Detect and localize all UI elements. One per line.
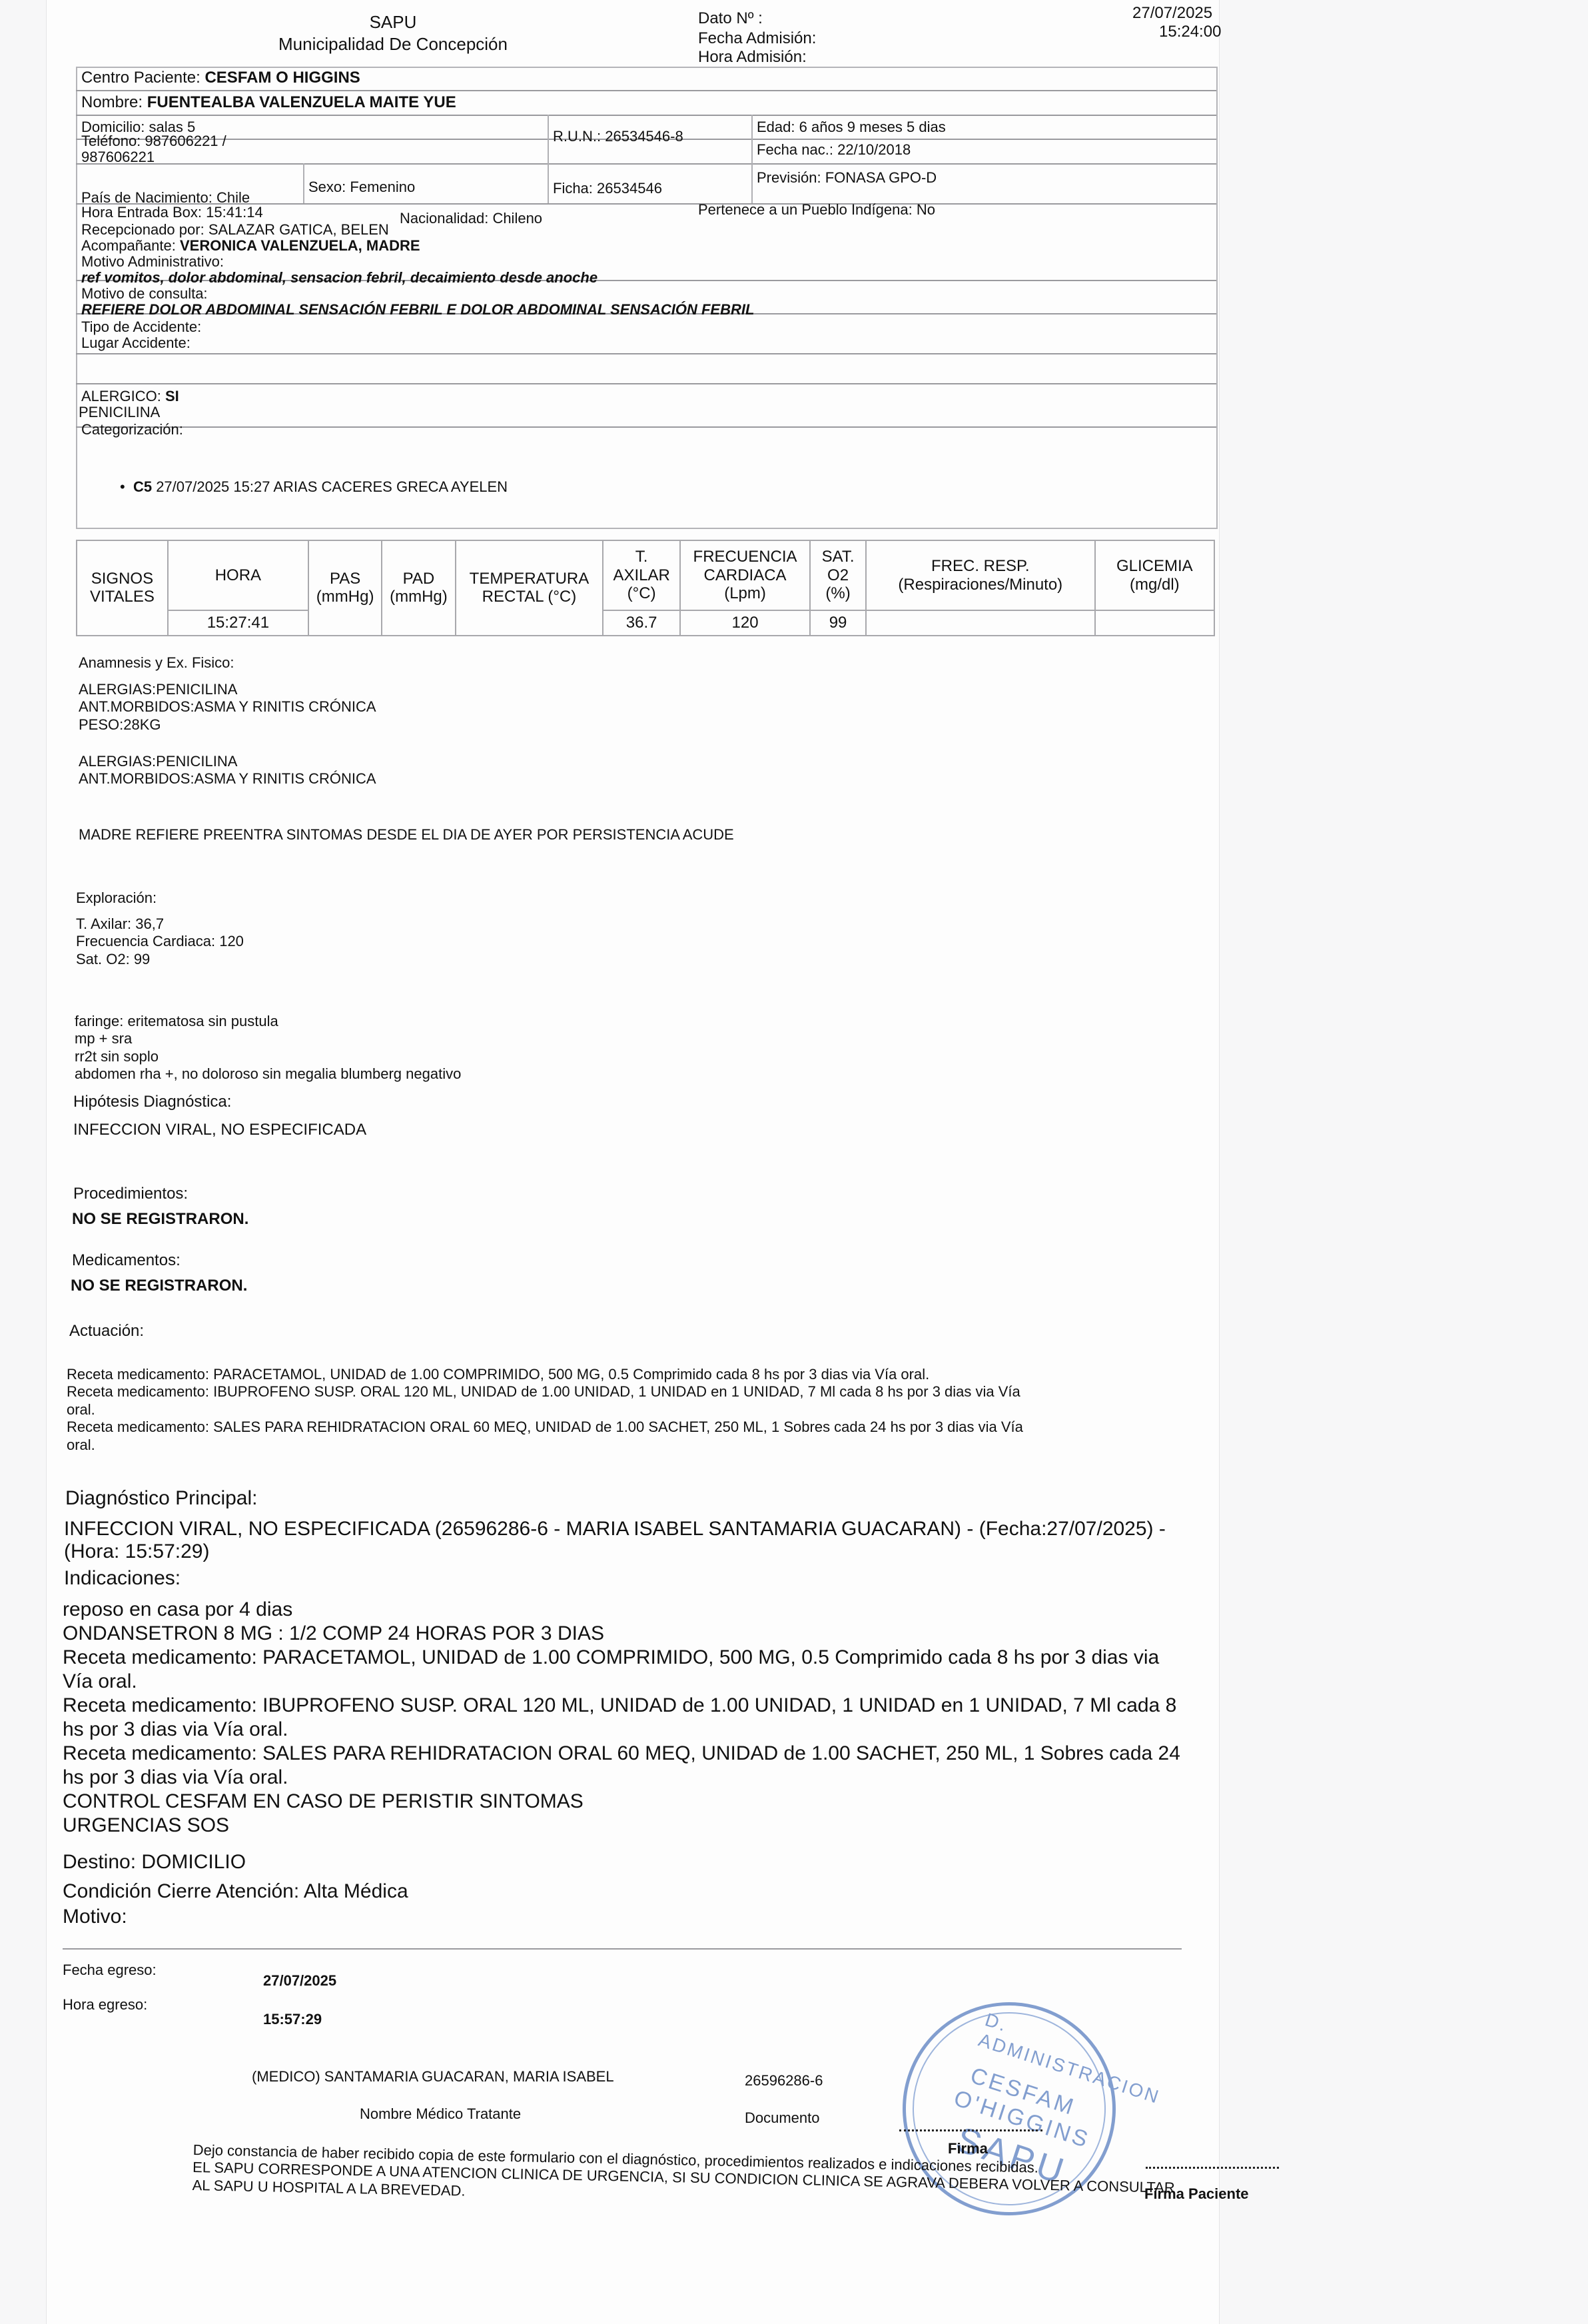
pueblo-value: No [917,201,935,218]
hora-admision-label: Hora Admisión: [698,48,807,67]
vitals-glicemia [1095,610,1214,636]
categorizacion-label: Categorización: [81,421,183,438]
vitals-header-cell: TEMPERATURA RECTAL (°C) [456,540,603,636]
centro-value: CESFAM O HIGGINS [204,69,360,87]
destino-value: DOMICILIO [141,1851,246,1873]
patient-name: Nombre: FUENTEALBA VALENZUELA MAITE YUE [81,93,456,112]
motivo-administrativo-value: ref vomitos, dolor abdominal, sensacion … [81,269,597,287]
patient-name-value: FUENTEALBA VALENZUELA MAITE YUE [147,93,456,111]
vitals-header-cell: PAD (mmHg) [382,540,455,636]
vitals-header-cell: SIGNOS VITALES [77,540,168,636]
acompanante-value: VERONICA VALENZUELA, MADRE [180,237,420,254]
categorizacion-item: • C5 27/07/2025 15:27 ARIAS CACERES GREC… [120,478,508,496]
prevision-value: FONASA GPO-D [825,169,937,186]
hipotesis-label: Hipótesis Diagnóstica: [73,1093,231,1111]
recepcionado-por: Recepcionado por: SALAZAR GATICA, BELEN [81,221,389,239]
run-value: 26534546-8 [605,128,683,145]
alergia-detalle: PENICILINA [79,404,160,421]
categorizacion-code: C5 [133,478,152,495]
tipo-accidente-label: Tipo de Accidente: [81,318,201,336]
vitals-header-cell: PAS (mmHg) [308,540,382,636]
fecha-nacimiento-value: 22/10/2018 [837,141,911,158]
anamnesis-label: Anamnesis y Ex. Fisico: [79,654,234,672]
exploracion-label: Exploración: [76,889,157,907]
condicion-cierre-value: Alta Médica [304,1880,408,1902]
motivo-consulta-label: Motivo de consulta: [81,285,208,302]
procedimientos-value: NO SE REGISTRARON. [72,1210,248,1229]
hora-egreso-value: 15:57:29 [263,2011,322,2028]
ficha-value: 26534546 [597,180,662,197]
ficha: Ficha: 26534546 [553,180,662,197]
vitals-header-row: SIGNOS VITALES HORA PAS (mmHg) PAD (mmHg… [77,540,1214,610]
destino: Destino: DOMICILIO [63,1851,246,1874]
sexo-value: Femenino [350,179,415,195]
nacionalidad: Nacionalidad: Chileno [400,210,542,227]
dato-label: Dato Nº : [698,9,763,28]
vitals-hora: 15:27:41 [168,610,308,636]
vitals-frecuencia-cardiaca: 120 [680,610,810,636]
org-municipality: Municipalidad De Concepción [266,34,520,55]
run: R.U.N.: 26534546-8 [553,128,683,145]
firma-medico-line [899,2129,1042,2131]
bullet-icon: • [120,478,133,495]
vitals-header-cell: FRECUENCIA CARDIACA (Lpm) [680,540,810,610]
actuacion-label: Actuación: [69,1322,144,1341]
anamnesis-block-1: ALERGIAS:PENICILINA ANT.MORBIDOS:ASMA Y … [79,681,376,734]
procedimientos-label: Procedimientos: [73,1185,188,1203]
medicamentos-label: Medicamentos: [72,1251,181,1270]
vitals-header-cell: HORA [168,540,308,610]
fecha-nacimiento: Fecha nac.: 22/10/2018 [757,141,911,159]
medico-nombre: (MEDICO) SANTAMARIA GUACARAN, MARIA ISAB… [252,2068,614,2085]
motivo-consulta-value: REFIERE DOLOR ABDOMINAL SENSACIÓN FEBRIL… [81,301,754,318]
alergico: ALERGICO: SI [81,388,179,405]
org-name: SAPU [266,12,520,33]
condicion-cierre: Condición Cierre Atención: Alta Médica [63,1880,408,1903]
diagnostico-label: Diagnóstico Principal: [65,1487,257,1510]
prevision: Previsión: FONASA GPO-D [757,169,937,187]
fecha-egreso-value: 27/07/2025 [263,1972,336,1990]
motivo-administrativo-label: Motivo Administrativo: [81,253,224,271]
edad: Edad: 6 años 9 meses 5 dias [757,119,946,136]
alergico-value: SI [165,388,179,404]
hora-egreso-label: Hora egreso: [63,1996,147,2014]
anamnesis-relato: MADRE REFIERE PREENTRA SINTOMAS DESDE EL… [79,826,734,844]
fecha-admision-value: 27/07/2025 [1132,4,1212,23]
lugar-accidente-label: Lugar Accidente: [81,334,191,352]
fecha-egreso-label: Fecha egreso: [63,1962,157,1979]
acompanante: Acompañante: VERONICA VALENZUELA, MADRE [81,237,420,255]
indicaciones-label: Indicaciones: [64,1567,181,1590]
centro-paciente: Centro Paciente: CESFAM O HIGGINS [81,69,360,87]
anamnesis-block-2: ALERGIAS:PENICILINA ANT.MORBIDOS:ASMA Y … [79,753,376,788]
vitals-frec-resp [866,610,1095,636]
pueblo-indigena: Pertenece a un Pueblo Indígena: No [698,201,935,219]
nacionalidad-value: Chileno [492,210,542,227]
exploracion-examen: faringe: eritematosa sin pustula mp + sr… [75,1013,461,1083]
vital-signs-table: SIGNOS VITALES HORA PAS (mmHg) PAD (mmHg… [76,540,1215,636]
hora-admision-value: 15:24:00 [1159,23,1221,41]
vitals-sat-o2: 99 [810,610,866,636]
diagnostico-line-2: (Hora: 15:57:29) [64,1540,209,1563]
nombre-medico-label: Nombre Médico Tratante [360,2105,521,2123]
vitals-header-cell: T. AXILAR (°C) [603,540,680,610]
sexo: Sexo: Femenino [308,179,415,196]
header-org: SAPU Municipalidad De Concepción [266,12,520,55]
medicamentos-value: NO SE REGISTRARON. [71,1277,247,1295]
vitals-header-cell: GLICEMIA (mg/dl) [1095,540,1214,610]
edad-value: 6 años 9 meses 5 dias [799,119,946,135]
medico-documento: 26596286-6 [745,2072,823,2089]
firma-label: Firma [948,2140,988,2157]
categorizacion-detail: 27/07/2025 15:27 ARIAS CACERES GRECA AYE… [156,478,508,495]
vitals-header-cell: FREC. RESP. (Respiraciones/Minuto) [866,540,1095,610]
hipotesis-value: INFECCION VIRAL, NO ESPECIFICADA [73,1121,366,1139]
actuacion-lines: Receta medicamento: PARACETAMOL, UNIDAD … [67,1366,1023,1454]
vitals-t-axilar: 36.7 [603,610,680,636]
hora-entrada-box: Hora Entrada Box: 15:41:14 [81,204,263,221]
motivo-cierre-label: Motivo: [63,1906,127,1928]
fecha-admision-label: Fecha Admisión: [698,29,816,48]
diagnostico-line-1: INFECCION VIRAL, NO ESPECIFICADA (265962… [64,1518,1166,1540]
telefono-value: 987606221 / [145,133,226,149]
vitals-data-row: 15:27:41 36.7 120 99 [77,610,1214,636]
vitals-header-cell: SAT. O2 (%) [810,540,866,610]
indicaciones-lines: reposo en casa por 4 dias ONDANSETRON 8 … [63,1598,1180,1838]
recepcionado-value: SALAZAR GATICA, BELEN [208,221,389,238]
exploracion-vitals: T. Axilar: 36,7 Frecuencia Cardiaca: 120… [76,915,244,968]
telefono: Teléfono: 987606221 / 987606221 [81,133,226,165]
hora-box-value: 15:41:14 [206,204,263,221]
documento-label: Documento [745,2109,820,2127]
